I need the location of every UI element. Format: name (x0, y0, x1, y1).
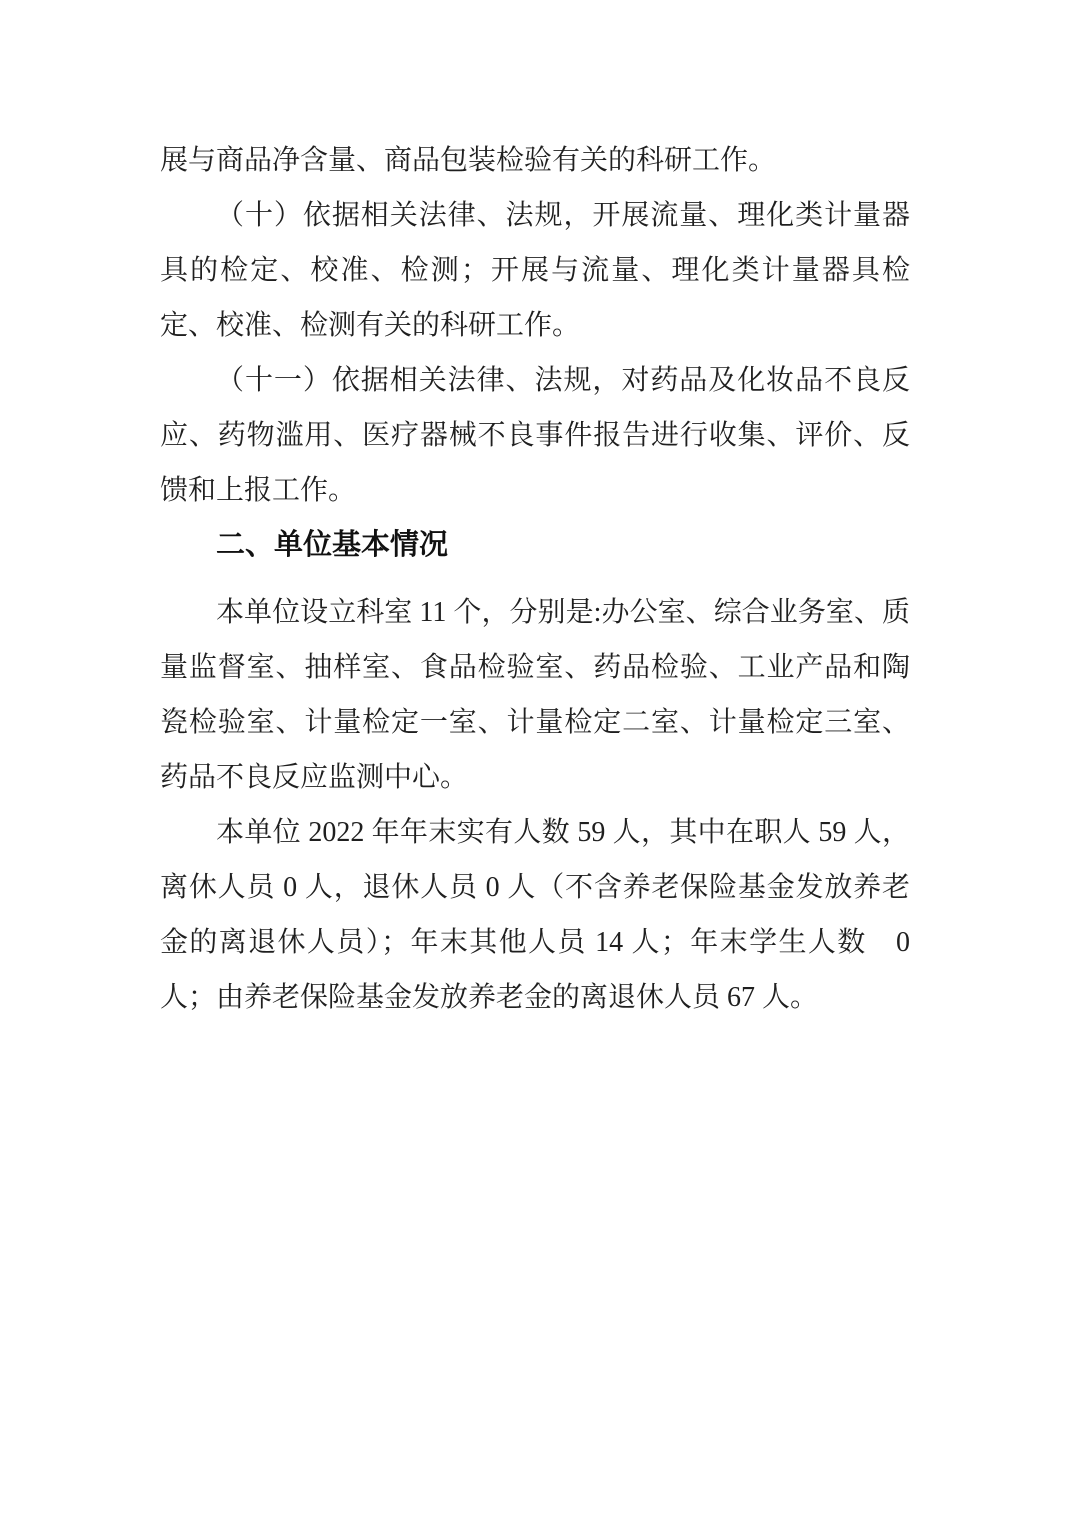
document-content: 展与商品净含量、商品包装检验有关的科研工作。 （十）依据相关法律、法规，开展流量… (160, 133, 910, 1025)
document-page: 展与商品净含量、商品包装检验有关的科研工作。 （十）依据相关法律、法规，开展流量… (0, 0, 1074, 1520)
paragraph-staff-numbers: 本单位 2022 年年末实有人数 59 人，其中在职人 59 人，离休人员 0 … (160, 805, 910, 1025)
paragraph-item-ten: （十）依据相关法律、法规，开展流量、理化类计量器具的检定、校准、检测；开展与流量… (160, 188, 910, 353)
section-heading-unit-basic-info: 二、单位基本情况 (160, 518, 910, 573)
paragraph-item-eleven: （十一）依据相关法律、法规，对药品及化妆品不良反应、药物滥用、医疗器械不良事件报… (160, 353, 910, 518)
paragraph-departments: 本单位设立科室 11 个，分别是:办公室、综合业务室、质量监督室、抽样室、食品检… (160, 585, 910, 805)
paragraph-continuation: 展与商品净含量、商品包装检验有关的科研工作。 (160, 133, 910, 188)
